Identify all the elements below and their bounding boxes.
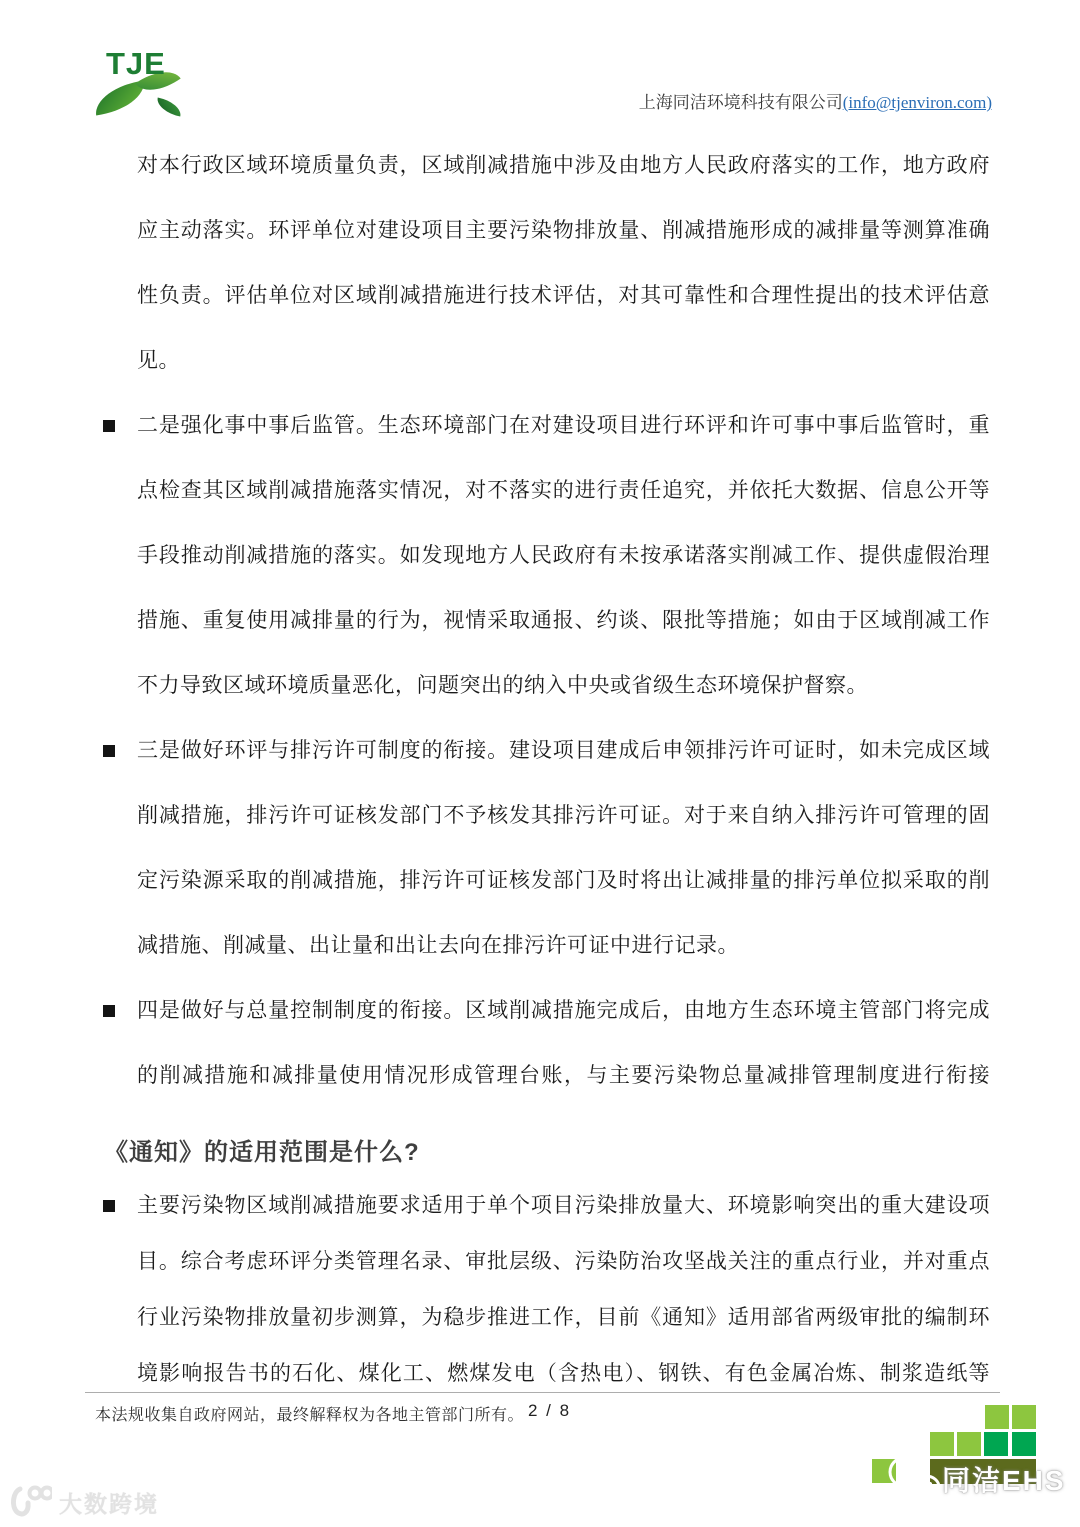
dashu-logo-icon [8, 1484, 52, 1520]
text-line: 目。综合考虑环评分类管理名录、审批层级、污染防治攻坚战关注的重点行业，并对重点 [137, 1234, 990, 1290]
text-line: 三是做好环评与排污许可制度的衔接。建设项目建成后申领排污许可证时，如未完成区域 [137, 718, 990, 783]
bullet-paragraph: 三是做好环评与排污许可制度的衔接。建设项目建成后申领排污许可证时，如未完成区域削… [137, 718, 990, 978]
document-body: 对本行政区域环境质量负责，区域削减措施中涉及由地方人民政府落实的工作，地方政府应… [137, 133, 990, 1402]
email-link[interactable]: (info@tjenviron.com) [843, 93, 992, 112]
section-heading: 《通知》的适用范围是什么? [137, 1128, 990, 1178]
document-page: TJE 上海同洁环境科技有限公司(info@tjenviron.com) 对本行… [0, 0, 1080, 1527]
watermark: 大数跨境 [8, 1484, 159, 1520]
watermark-text: 大数跨境 [59, 1486, 159, 1519]
green-block [1012, 1432, 1036, 1456]
green-block [957, 1432, 981, 1456]
green-block [985, 1405, 1009, 1429]
text-line: 点检查其区域削减措施落实情况，对不落实的进行责任追究，并依托大数据、信息公开等 [137, 458, 990, 523]
company-header: 上海同洁环境科技有限公司(info@tjenviron.com) [639, 88, 992, 113]
wechat-account-name: 同洁EHS [942, 1459, 1066, 1499]
text-line: 境影响报告书的石化、煤化工、燃煤发电（含热电）、钢铁、有色金属冶炼、制浆造纸等 [137, 1346, 990, 1402]
green-block [1012, 1405, 1036, 1429]
text-line: 应主动落实。环评单位对建设项目主要污染物排放量、削减措施形成的减排量等测算准确 [137, 198, 990, 263]
bullet-marker [103, 1200, 115, 1212]
page-number: 2 / 8 [528, 1401, 571, 1421]
text-line: 二是强化事中事后监管。生态环境部门在对建设项目进行环评和许可事中事后监管时，重 [137, 393, 990, 458]
text-line: 《通知》的适用范围是什么? [104, 1128, 990, 1178]
paragraph: 对本行政区域环境质量负责，区域削减措施中涉及由地方人民政府落实的工作，地方政府应… [137, 133, 990, 393]
text-line: 削减措施，排污许可证核发部门不予核发其排污许可证。对于来自纳入排污许可管理的固 [137, 783, 990, 848]
text-line: 措施、重复使用减排量的行为，视情采取通报、约谈、限批等措施；如由于区域削减工作 [137, 588, 990, 653]
text-line: 主要污染物区域削减措施要求适用于单个项目污染排放量大、环境影响突出的重大建设项 [137, 1178, 990, 1234]
footer-divider [85, 1392, 1000, 1393]
leaf-icon [155, 97, 183, 116]
text-line: 四是做好与总量控制制度的衔接。区域削减措施完成后，由地方生态环境主管部门将完成 [137, 978, 990, 1043]
text-line: 行业污染物排放量初步测算，为稳步推进工作，目前《通知》适用部省两级审批的编制环 [137, 1290, 990, 1346]
text-line: 见。 [137, 328, 990, 393]
green-block [984, 1432, 1008, 1456]
wechat-brand-badge: 同洁EHS [870, 1403, 1080, 1503]
bullet-paragraph: 四是做好与总量控制制度的衔接。区域削减措施完成后，由地方生态环境主管部门将完成的… [137, 978, 990, 1108]
text-line: 的削减措施和减排量使用情况形成管理台账，与主要污染物总量减排管理制度进行衔接 [137, 1043, 990, 1108]
text-line: 手段推动削减措施的落实。如发现地方人民政府有未按承诺落实削减工作、提供虚假治理 [137, 523, 990, 588]
company-name: 上海同洁环境科技有限公司 [639, 93, 843, 112]
bullet-marker [103, 1005, 115, 1017]
tje-logo-text: TJE [106, 46, 166, 82]
text-line: 减措施、削减量、出让量和出让去向在排污许可证中进行记录。 [137, 913, 990, 978]
text-line: 对本行政区域环境质量负责，区域削减措施中涉及由地方人民政府落实的工作，地方政府 [137, 133, 990, 198]
bullet-paragraph: 主要污染物区域削减措施要求适用于单个项目污染排放量大、环境影响突出的重大建设项目… [137, 1178, 990, 1402]
text-line: 性负责。评估单位对区域削减措施进行技术评估，对其可靠性和合理性提出的技术评估意 [137, 263, 990, 328]
bullet-marker [103, 420, 115, 432]
tje-logo: TJE [94, 44, 204, 124]
footer-disclaimer: 本法规收集自政府网站，最终解释权为各地主管部门所有。 [95, 1402, 524, 1425]
bullet-paragraph: 二是强化事中事后监管。生态环境部门在对建设项目进行环评和许可事中事后监管时，重点… [137, 393, 990, 718]
wechat-icon [886, 1453, 942, 1503]
text-line: 定污染源采取的削减措施，排污许可证核发部门及时将出让减排量的排污单位拟采取的削 [137, 848, 990, 913]
bullet-marker [103, 745, 115, 757]
text-line: 不力导致区域环境质量恶化，问题突出的纳入中央或省级生态环境保护督察。 [137, 653, 990, 718]
